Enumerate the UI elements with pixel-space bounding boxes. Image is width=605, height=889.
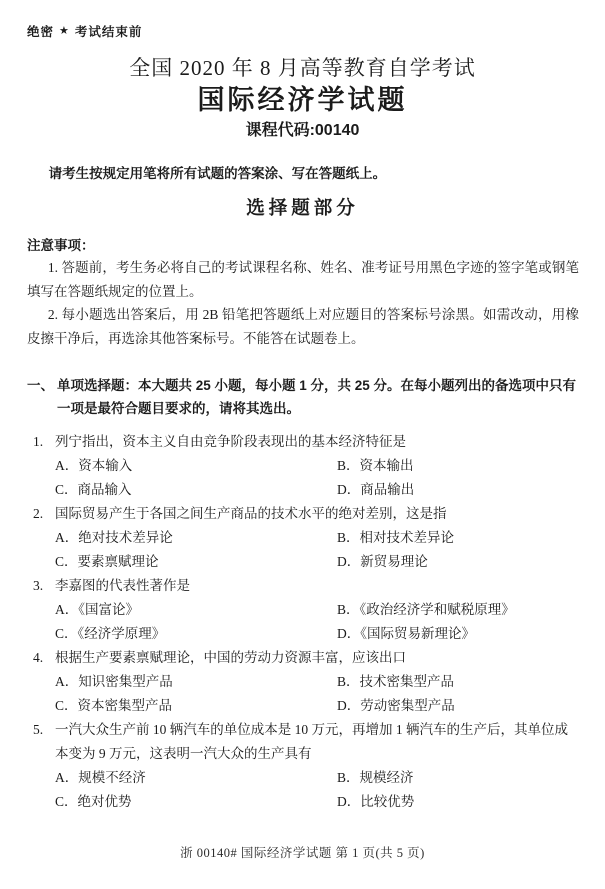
- option-a: A．知识密集型产品: [55, 670, 337, 694]
- option-b: B．规模经济: [337, 766, 578, 790]
- question-text: 根据生产要素禀赋理论，中国的劳动力资源丰富，应该出口: [55, 646, 578, 670]
- question-number: 1.: [33, 430, 55, 454]
- question-text: 国际贸易产生于各国之间生产商品的技术水平的绝对差别，这是指: [55, 502, 578, 526]
- question-line: 5. 一汽大众生产前 10 辆汽车的单位成本是 10 万元，再增加 1 辆汽车的…: [33, 718, 578, 766]
- question-text: 一汽大众生产前 10 辆汽车的单位成本是 10 万元，再增加 1 辆汽车的生产后…: [55, 718, 578, 766]
- question-options: A．资本输入 B．资本输出 C．商品输入 D．商品输出: [55, 454, 578, 502]
- question-text: 列宁指出，资本主义自由竞争阶段表现出的基本经济特征是: [55, 430, 578, 454]
- option-c: C．商品输入: [55, 478, 337, 502]
- note-item-2: 2. 每小题选出答案后，用 2B 铅笔把答题纸上对应题目的答案标号涂黑。如需改动…: [27, 303, 579, 350]
- option-d: D．《国际贸易新理论》: [337, 622, 578, 646]
- option-d: D．比较优势: [337, 790, 578, 814]
- question-line: 2. 国际贸易产生于各国之间生产商品的技术水平的绝对差别，这是指: [33, 502, 578, 526]
- option-d: D．商品输出: [337, 478, 578, 502]
- star-icon: ★: [59, 24, 70, 37]
- question-3: 3. 李嘉图的代表性著作是 A．《国富论》 B．《政治经济学和赋税原理》 C．《…: [33, 574, 578, 646]
- option-a: A．资本输入: [55, 454, 337, 478]
- option-c: C．资本密集型产品: [55, 694, 337, 718]
- option-c: C．《经济学原理》: [55, 622, 337, 646]
- part1-heading: 一、 单项选择题：本大题共 25 小题，每小题 1 分，共 25 分。在每小题列…: [27, 374, 578, 420]
- option-b: B．相对技术差异论: [337, 526, 578, 550]
- question-options: A．绝对技术差异论 B．相对技术差异论 C．要素禀赋理论 D．新贸易理论: [55, 526, 578, 574]
- note-item-1: 1. 答题前，考生务必将自己的考试课程名称、姓名、准考证号用黑色字迹的签字笔或钢…: [27, 256, 579, 303]
- option-b: B．资本输出: [337, 454, 578, 478]
- question-line: 4. 根据生产要素禀赋理论，中国的劳动力资源丰富，应该出口: [33, 646, 578, 670]
- course-code: 课程代码:00140: [0, 121, 605, 141]
- classification-banner: 绝密 ★ 考试结束前: [27, 22, 605, 40]
- answer-instruction: 请考生按规定用笔将所有试题的答案涂、写在答题纸上。: [27, 164, 578, 183]
- option-c: C．绝对优势: [55, 790, 337, 814]
- question-number: 3.: [33, 574, 55, 598]
- option-d: D．劳动密集型产品: [337, 694, 578, 718]
- option-a: A．《国富论》: [55, 598, 337, 622]
- question-4: 4. 根据生产要素禀赋理论，中国的劳动力资源丰富，应该出口 A．知识密集型产品 …: [33, 646, 578, 718]
- option-b: B．《政治经济学和赋税原理》: [337, 598, 578, 622]
- option-c: C．要素禀赋理论: [55, 550, 337, 574]
- question-text: 李嘉图的代表性著作是: [55, 574, 578, 598]
- part1-heading-text: 单项选择题：本大题共 25 小题，每小题 1 分，共 25 分。在每小题列出的备…: [57, 374, 578, 420]
- part1-number: 一、: [27, 374, 57, 420]
- classification-suffix: 考试结束前: [75, 22, 143, 40]
- page-footer: 浙 00140# 国际经济学试题 第 1 页(共 5 页): [0, 843, 605, 861]
- question-line: 3. 李嘉图的代表性著作是: [33, 574, 578, 598]
- exam-session-title: 全国 2020 年 8 月高等教育自学考试: [0, 55, 605, 81]
- option-d: D．新贸易理论: [337, 550, 578, 574]
- question-number: 4.: [33, 646, 55, 670]
- question-number: 5.: [33, 718, 55, 766]
- question-5: 5. 一汽大众生产前 10 辆汽车的单位成本是 10 万元，再增加 1 辆汽车的…: [33, 718, 578, 814]
- option-a: A．规模不经济: [55, 766, 337, 790]
- question-options: A．《国富论》 B．《政治经济学和赋税原理》 C．《经济学原理》 D．《国际贸易…: [55, 598, 578, 646]
- question-number: 2.: [33, 502, 55, 526]
- question-options: A．知识密集型产品 B．技术密集型产品 C．资本密集型产品 D．劳动密集型产品: [55, 670, 578, 718]
- section-title: 选择题部分: [0, 195, 605, 221]
- classification-label: 绝密: [27, 22, 54, 40]
- option-b: B．技术密集型产品: [337, 670, 578, 694]
- option-a: A．绝对技术差异论: [55, 526, 337, 550]
- question-line: 1. 列宁指出，资本主义自由竞争阶段表现出的基本经济特征是: [33, 430, 578, 454]
- paper-title: 国际经济学试题: [0, 84, 605, 116]
- question-options: A．规模不经济 B．规模经济 C．绝对优势 D．比较优势: [55, 766, 578, 814]
- question-1: 1. 列宁指出，资本主义自由竞争阶段表现出的基本经济特征是 A．资本输入 B．资…: [33, 430, 578, 502]
- question-2: 2. 国际贸易产生于各国之间生产商品的技术水平的绝对差别，这是指 A．绝对技术差…: [33, 502, 578, 574]
- notes-heading: 注意事项：: [27, 235, 578, 256]
